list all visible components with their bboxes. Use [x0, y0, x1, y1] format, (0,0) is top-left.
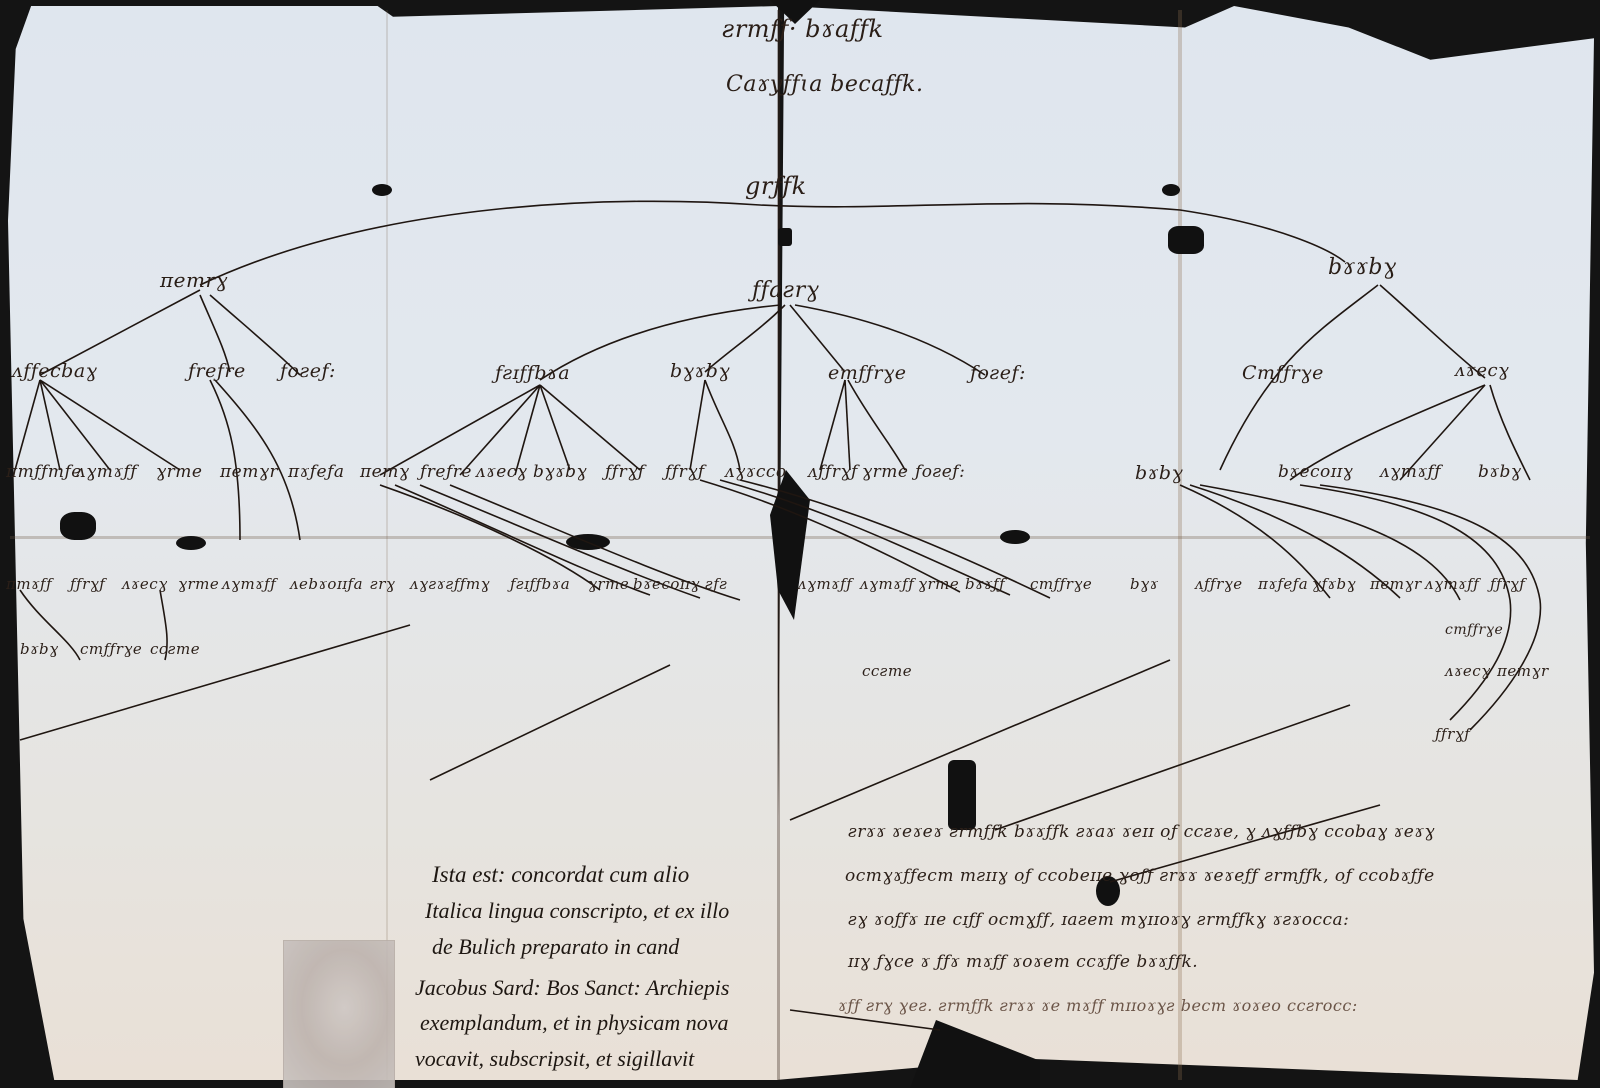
latin-attestation-line: Ista est: concordat cum alio — [432, 862, 689, 888]
tree-node-gen2: emƒƒrɣe — [828, 362, 907, 384]
tree-node-gen4: ƒƒrɣƒ — [1490, 575, 1525, 593]
tree-node-gen2: Cmƒƒrɣe — [1242, 362, 1324, 384]
tree-node-gen4: ᴨmɤƒƒ — [6, 575, 52, 593]
tree-node-gen3: ɣrme — [862, 462, 909, 482]
tree-node-gen5: cmƒƒrɣe — [1445, 622, 1503, 638]
tree-node-gen2: ᴧɤecɣ — [1455, 360, 1509, 381]
tree-node-gen5: ccƨme — [862, 662, 912, 680]
latin-attestation-line: vocavit, subscripsit, et sigillavit — [415, 1046, 694, 1072]
tree-node-gen1: ᴨemrɣ — [160, 268, 228, 292]
cipher-paragraph-line: ƨɣ ɤoƒƒɤ ɪɪe cɪƒƒ ocmɣƒƒ, ɪaƨem mɣɪɪoɤɣ … — [848, 910, 1349, 930]
tree-node-gen5: ᴧɤecɣ — [1445, 662, 1491, 680]
tree-node-gen4: ɣrme — [918, 575, 959, 593]
header-title-line1: ƨrmƒƒ· bɤaƒƒk — [722, 15, 884, 43]
tree-node-gen3: ƒƒrɣƒ — [665, 462, 705, 482]
tree-node-gen4: cmƒƒrɣe — [1030, 575, 1092, 593]
latin-attestation-line: de Bulich preparato in cand — [432, 934, 679, 960]
tree-node-gen4: bɤɤƒƒ — [965, 575, 1005, 593]
tree-node-gen3: ᴧɣmɤƒƒ — [76, 462, 137, 482]
tree-node-gen3: ƒƒrɣƒ — [605, 462, 645, 482]
tree-node-gen4: bɣɤ — [1130, 575, 1159, 593]
latin-attestation-line: Jacobus Sard: Bos Sanct: Archiepis — [415, 975, 729, 1001]
tree-node-gen4: ᴧebɤoɪɪƒa — [290, 575, 363, 593]
latin-attestation-line: exemplandum, et in physicam nova — [420, 1010, 729, 1036]
tree-node-gen3: ᴨemɣr — [220, 462, 278, 482]
tree-node-gen1: ƒƒaƨrɣ — [752, 278, 819, 303]
tree-node-gen3: ᴧɣɤcco — [725, 462, 787, 482]
tree-node-gen4: ᴨɤƒeƒa — [1258, 575, 1308, 593]
latin-attestation-line: Italica lingua conscripto, et ex illo — [425, 898, 729, 924]
tree-node-gen4: ɣrme — [178, 575, 219, 593]
tree-node-gen3: bɤbɣ — [1135, 462, 1183, 484]
tree-node-gen2: ᴧƒƒecbaɣ — [12, 360, 98, 382]
tree-node-gen4: ᴧƒƒrɣe — [1195, 575, 1243, 593]
tree-node-gen5: bɤbɣ — [20, 640, 59, 658]
manuscript-photo: ƨrmƒƒ· bɤaƒƒk Caɤyƒƒɩa becaƒƒk. grƒƒk ᴨe… — [0, 0, 1600, 1088]
cipher-paragraph-line: ƨrɤɤ ɤeɤeɤ ƨrmƒƒk bɤɤƒƒk ƨɤaɤ ɤeɪɪ oƒ cc… — [848, 822, 1435, 842]
tree-node-gen3: ᴧɤecɣ — [476, 462, 527, 482]
tree-node-gen5: ƒƒrɣƒ — [1435, 725, 1470, 743]
tree-node-gen4: ᴨemɣr — [1370, 575, 1422, 593]
tree-node-gen4: ᴧɣƨɤƨƒƒmɣ — [410, 575, 490, 593]
tree-node-gen4: ƨrɣ — [370, 575, 395, 593]
tree-node-gen2: ƒoƨeƒ: — [280, 360, 336, 382]
tree-node-gen2: ƒoƨeƒ: — [970, 362, 1026, 384]
header-title-line2: Caɤyƒƒɩa becaƒƒk. — [726, 72, 923, 97]
tree-node-gen4: ᴧɣmɤƒƒ — [222, 575, 276, 593]
tree-node-gen4: ƨƒƨ — [705, 575, 727, 593]
tree-node-gen4: ɣrme — [588, 575, 629, 593]
tree-node-gen3: ƒreƒre — [420, 462, 472, 482]
tree-node-gen3: bɣɤbɣ — [533, 462, 587, 482]
tree-node-gen3: bɤbɣ — [1478, 462, 1522, 482]
tree-node-gen5: ᴨemɣr — [1497, 662, 1549, 680]
tree-node-gen4: ᴧɤecɣ — [122, 575, 168, 593]
tree-node-gen3: ƒoƨeƒ: — [915, 462, 965, 482]
tree-node-gen2: bɣɤbɣ — [670, 360, 730, 382]
tree-node-gen3: ɣrme — [156, 462, 203, 482]
tree-node-gen3: ᴨmƒƒmƒe — [6, 462, 82, 482]
tree-node-gen4: ᴧɣmɤƒƒ — [798, 575, 852, 593]
tree-node-gen3: bɤecoɪɪɣ — [1278, 462, 1353, 482]
tree-node-gen5: cmƒƒrɣe — [80, 640, 142, 658]
cipher-paragraph-line: ocmɣɤƒƒecm mƨɪɪɣ oƒ ccobeɪɪe ɣoƒƒ ƨrɤɤ ɤ… — [845, 866, 1435, 886]
tree-node-gen4: ᴧɣmɤƒƒ — [1425, 575, 1479, 593]
tree-node-gen4: ɣƒɤbɣ — [1312, 575, 1356, 593]
tree-connector-lines — [0, 0, 1600, 1088]
tree-node-gen3: ᴨemɣ — [360, 462, 410, 482]
tree-node-gen2: ƒreƒre — [188, 360, 246, 382]
tree-node-gen3: ᴧƒƒrɣƒ — [808, 462, 858, 482]
tree-node-gen5: ccƨme — [150, 640, 200, 658]
tree-node-gen4: ƒƒrɣƒ — [70, 575, 105, 593]
tree-root-node: grƒƒk — [745, 172, 807, 200]
cipher-paragraph-line: ɪɪɣ ƒɣce ɤ ƒƒɤ mɤƒƒ ɤoɤem ccɤƒƒe bɤɤƒƒk. — [848, 952, 1198, 972]
tree-node-gen2: ƒƨɪƒƒbɤa — [495, 362, 570, 384]
tree-node-gen1: bɤɤbɣ — [1328, 255, 1397, 280]
tree-node-gen4: bɤecoɪɪɣ — [633, 575, 700, 593]
tree-node-gen4: ᴧɣmɤƒƒ — [860, 575, 914, 593]
tree-node-gen3: ᴨɤƒeƒa — [288, 462, 345, 482]
tree-node-gen4: ƒƨɪƒƒbɤa — [510, 575, 570, 593]
cipher-paragraph-line: ɤƒƒ ƨrɣ ɣeƨ. ƨrmƒƒk ƨrɤɤ ɤe mɤƒƒ mɪɪoɤɣƨ… — [838, 996, 1358, 1015]
tree-node-gen3: ᴧɣmɤƒƒ — [1380, 462, 1441, 482]
